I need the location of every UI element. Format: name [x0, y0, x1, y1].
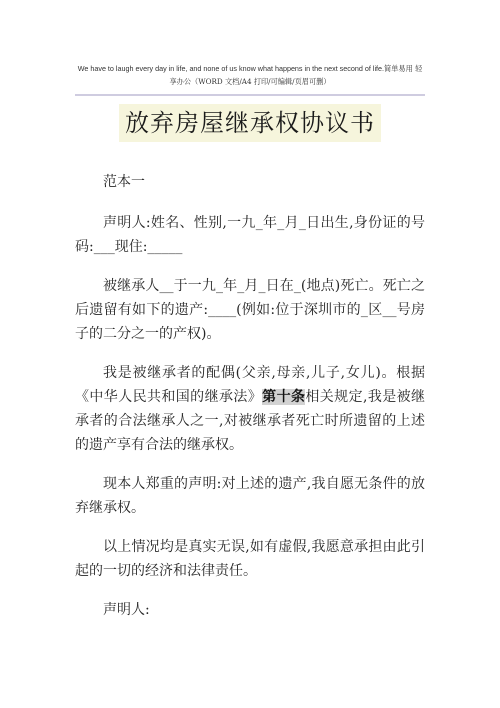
highlighted-article-reference: 第十条 [262, 389, 305, 405]
header-motto-line: We have to laugh every day in life, and … [70, 62, 430, 75]
paragraph-deceased-info: 被继承人__于一九_年_月_日在_(地点)死亡。死亡之后遗留有如下的遗产:___… [75, 274, 425, 346]
paragraph-relation: 我是被继承者的配偶(父亲,母亲,儿子,女儿)。根据《中华人民共和国的继承法》第十… [75, 361, 425, 457]
paragraph-liability: 以上情况均是真实无误,如有虚假,我愿意承担由此引起的一切的经济和法律责任。 [75, 535, 425, 583]
paragraph-renunciation: 现本人郑重的声明:对上述的遗产,我自愿无条件的放弃继承权。 [75, 472, 425, 520]
header-motto: We have to laugh every day in life, and … [78, 64, 384, 73]
page-header: We have to laugh every day in life, and … [70, 62, 430, 88]
document-body: 范本一 声明人:姓名、性别,一九_年_月_日出生,身份证的号码:___现住:__… [75, 170, 425, 637]
header-motto-cn: 简单易用 轻 [384, 64, 422, 73]
document-title: 放弃房屋继承权协议书 [119, 104, 381, 142]
sample-label: 范本一 [75, 170, 425, 194]
signature-label: 声明人: [75, 598, 425, 622]
header-divider [75, 94, 425, 96]
title-container: 放弃房屋继承权协议书 [0, 104, 500, 142]
paragraph-declarant-info: 声明人:姓名、性别,一九_年_月_日出生,身份证的号码:___现住:_____ [75, 211, 425, 259]
header-subline: 享办公（WORD 文档/A4 打印/可编辑/页眉可删） [70, 75, 430, 88]
